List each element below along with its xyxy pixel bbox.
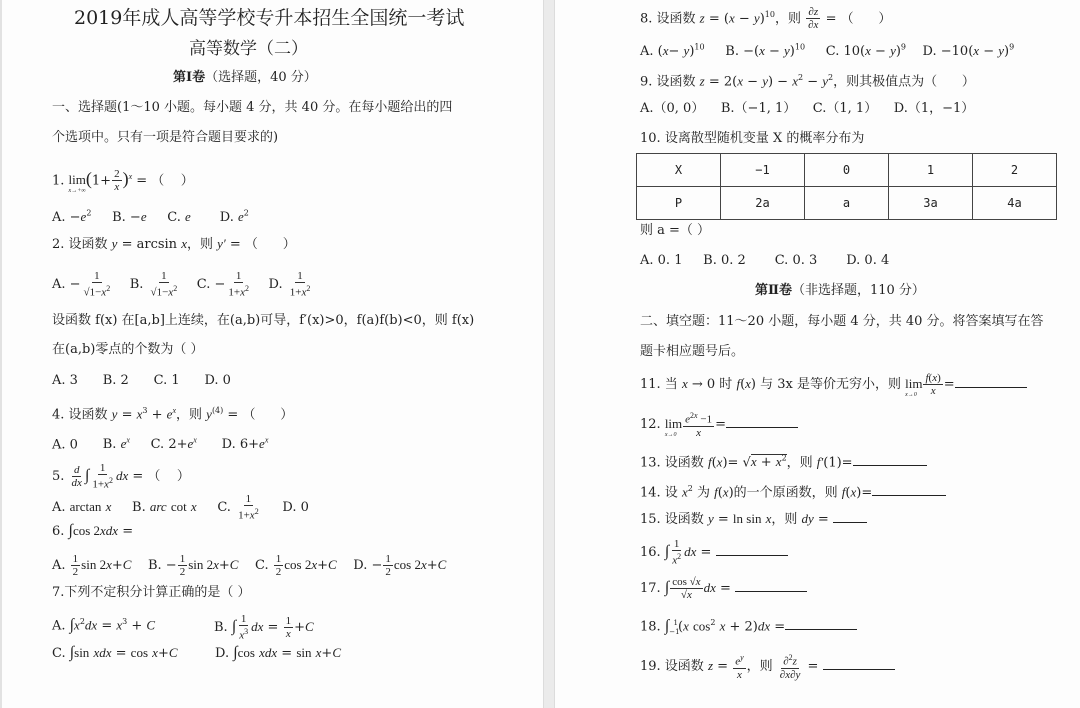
table-cell: X bbox=[637, 154, 721, 187]
question-2-options: A. −1√1−x2 B. 1√1−x2 C. −11+x2 D. 11+x2 bbox=[52, 270, 313, 299]
q7-option-b[interactable]: B. ∫1x3dx = 1x+C bbox=[214, 613, 314, 642]
q6-option-b[interactable]: B. −12sin 2x+C bbox=[148, 558, 239, 573]
q10-option-d[interactable]: D. 0. 4 bbox=[846, 253, 889, 268]
q4-option-a[interactable]: A. 0 bbox=[52, 437, 78, 452]
question-12: 12. limx→0e2x −1x= bbox=[640, 410, 798, 439]
table-cell: a bbox=[805, 187, 889, 220]
answer-blank-16[interactable] bbox=[716, 543, 788, 556]
q5-option-d[interactable]: D. 0 bbox=[282, 500, 309, 515]
question-5-options: A. arctan x B. arc cot x C. 11+x2 D. 0 bbox=[52, 493, 309, 522]
q7-option-d[interactable]: D. ∫cos xdx = sin x+C bbox=[215, 644, 341, 663]
question-10-after: 则 a =（ ） bbox=[640, 222, 710, 240]
q9-option-b[interactable]: B.（−1, 1） bbox=[721, 101, 796, 116]
part1-instructions-1: 一、选择题(1～10 小题。每小题 4 分，共 40 分。在每小题给出的四 bbox=[52, 99, 452, 117]
part1-heading-bold: 第Ⅰ卷 bbox=[173, 70, 205, 85]
part1-instructions-2: 个选项中。只有一项是符合题目要求的) bbox=[52, 129, 278, 147]
q8-option-b[interactable]: B. −(x − y)10 bbox=[725, 44, 805, 59]
table-cell: 2a bbox=[721, 187, 805, 220]
question-1: 1. limx→+∞(1+2x)x = （ ） bbox=[52, 168, 194, 193]
q9-option-a[interactable]: A.（0, 0） bbox=[640, 101, 704, 116]
question-10-options: A. 0. 1 B. 0. 2 C. 0. 3 D. 0. 4 bbox=[640, 252, 889, 270]
q8-option-a[interactable]: A. (x− y)10 bbox=[640, 44, 705, 59]
q7-option-c[interactable]: C. ∫sin xdx = cos x+C bbox=[52, 644, 178, 663]
q5-option-a[interactable]: A. arctan x bbox=[52, 500, 111, 515]
question-11: 11. 当 x → 0 时 f(x) 与 3x 是等价无穷小，则 limx→0f… bbox=[640, 372, 1027, 397]
question-5: 5. ddx∫11+x2dx = （ ） bbox=[52, 462, 190, 491]
answer-blank-18[interactable] bbox=[785, 617, 857, 630]
q9-option-c[interactable]: C.（1, 1） bbox=[813, 101, 877, 116]
q1-option-c[interactable]: C. e bbox=[167, 210, 191, 225]
question-9-options: A.（0, 0） B.（−1, 1） C.（1, 1） D.（1，−1） bbox=[640, 100, 974, 118]
page-left: 2019年成人高等学校专升本招生全国统一考试 高等数学（二） 第Ⅰ卷（选择题，4… bbox=[2, 0, 543, 708]
q2-option-c[interactable]: C. −11+x2 bbox=[197, 277, 252, 292]
q1-option-a[interactable]: A. −e2 bbox=[52, 210, 91, 225]
question-17: 17. ∫cos √x√xdx = bbox=[640, 576, 807, 601]
question-15: 15. 设函数 y = ln sin x，则 dy = bbox=[640, 510, 867, 529]
question-4-options: A. 0 B. ex C. 2+ex D. 6+ex bbox=[52, 432, 268, 454]
q10-option-a[interactable]: A. 0. 1 bbox=[640, 253, 682, 268]
q6-option-d[interactable]: D. −12cos 2x+C bbox=[353, 558, 446, 573]
question-3-options: A. 3 B. 2 C. 1 D. 0 bbox=[52, 372, 231, 390]
table-cell: 3a bbox=[889, 187, 973, 220]
q3-option-a[interactable]: A. 3 bbox=[52, 373, 78, 388]
question-3-line2: 在(a,b)零点的个数为（ ） bbox=[52, 341, 203, 359]
q4-option-d[interactable]: D. 6+ex bbox=[222, 437, 269, 452]
q6-option-a[interactable]: A. 12sin 2x+C bbox=[52, 558, 131, 573]
part2-instructions-2: 题卡相应题号后。 bbox=[640, 343, 744, 361]
q3-option-b[interactable]: B. 2 bbox=[103, 373, 129, 388]
question-4: 4. 设函数 y = x3 + ex，则 y(4) = （ ） bbox=[52, 402, 293, 424]
q6-option-c[interactable]: C. 12cos 2x+C bbox=[255, 558, 337, 573]
table-row-x: X −1 0 1 2 bbox=[637, 154, 1057, 187]
question-6: 6. ∫cos 2xdx = bbox=[52, 522, 133, 541]
q8-option-c[interactable]: C. 10(x − y)9 bbox=[826, 44, 906, 59]
q3-option-c[interactable]: C. 1 bbox=[154, 373, 180, 388]
q10-option-b[interactable]: B. 0. 2 bbox=[703, 253, 746, 268]
table-cell: −1 bbox=[721, 154, 805, 187]
answer-blank-14[interactable] bbox=[872, 483, 946, 496]
part2-heading: 第Ⅱ卷（非选择题，110 分） bbox=[755, 282, 925, 300]
answer-blank-11[interactable] bbox=[955, 375, 1027, 388]
q5-option-b[interactable]: B. arc cot x bbox=[132, 500, 197, 515]
table-row-p: P 2a a 3a 4a bbox=[637, 187, 1057, 220]
part2-instructions-1: 二、填空题：11～20 小题，每小题 4 分，共 40 分。将答案填写在答 bbox=[640, 313, 1044, 331]
question-10: 10. 设离散型随机变量 X 的概率分布为 bbox=[640, 130, 864, 148]
answer-blank-12[interactable] bbox=[726, 415, 798, 428]
probability-table: X −1 0 1 2 P 2a a 3a 4a bbox=[636, 153, 1057, 220]
q2-option-a[interactable]: A. −1√1−x2 bbox=[52, 277, 113, 292]
question-19: 19. 设函数 z = eyx，则 ∂2z∂x∂y = bbox=[640, 652, 895, 681]
question-9: 9. 设函数 z = 2(x − y) − x2 − y2，则其极值点为（ ） bbox=[640, 69, 975, 91]
exam-title: 2019年成人高等学校专升本招生全国统一考试 bbox=[74, 6, 464, 30]
question-1-options: A. −e2 B. −e C. e D. e2 bbox=[52, 205, 249, 227]
q10-option-c[interactable]: C. 0. 3 bbox=[775, 253, 818, 268]
question-13: 13. 设函数 f(x)= √x + x2，则 f′(1)= bbox=[640, 450, 927, 472]
part1-heading-rest: （选择题，40 分） bbox=[205, 70, 317, 85]
part1-heading: 第Ⅰ卷（选择题，40 分） bbox=[173, 69, 317, 87]
question-2: 2. 设函数 y = arcsin x，则 y′ = （ ） bbox=[52, 235, 296, 254]
q8-option-d[interactable]: D. −10(x − y)9 bbox=[923, 44, 1015, 59]
q2-option-d[interactable]: D. 11+x2 bbox=[269, 277, 314, 292]
page-gutter bbox=[543, 0, 555, 708]
question-6-options: A. 12sin 2x+C B. −12sin 2x+C C. 12cos 2x… bbox=[52, 553, 446, 578]
table-cell: 0 bbox=[805, 154, 889, 187]
question-14: 14. 设 x2 为 f(x)的一个原函数，则 f(x)= bbox=[640, 480, 946, 502]
q5-option-c[interactable]: C. 11+x2 bbox=[217, 500, 261, 515]
answer-blank-17[interactable] bbox=[735, 579, 807, 592]
part2-heading-bold: 第Ⅱ卷 bbox=[755, 283, 792, 298]
question-3-line1: 设函数 f(x) 在[a,b]上连续，在(a,b)可导，f′(x)>0，f(a)… bbox=[52, 312, 474, 330]
answer-blank-13[interactable] bbox=[853, 453, 927, 466]
table-cell: P bbox=[637, 187, 721, 220]
q7-option-a[interactable]: A. ∫x2dx = x3 + C bbox=[52, 613, 155, 635]
q2-option-b[interactable]: B. 1√1−x2 bbox=[130, 277, 180, 292]
answer-blank-15[interactable] bbox=[833, 510, 867, 523]
q1-option-b[interactable]: B. −e bbox=[112, 210, 147, 225]
q9-option-d[interactable]: D.（1，−1） bbox=[894, 101, 975, 116]
q4-option-b[interactable]: B. ex bbox=[103, 437, 130, 452]
q3-option-d[interactable]: D. 0 bbox=[204, 373, 231, 388]
question-16: 16. ∫1x2dx = bbox=[640, 538, 788, 567]
q4-option-c[interactable]: C. 2+ex bbox=[151, 437, 197, 452]
question-7: 7.下列不定积分计算正确的是（ ） bbox=[52, 584, 251, 602]
page-right: 8. 设函数 z = (x − y)10，则 ∂z∂x = （ ） A. (x−… bbox=[555, 0, 1080, 708]
table-cell: 4a bbox=[973, 187, 1057, 220]
table-cell: 1 bbox=[889, 154, 973, 187]
question-8-options: A. (x− y)10 B. −(x − y)10 C. 10(x − y)9 … bbox=[640, 39, 1014, 61]
q1-option-d[interactable]: D. e2 bbox=[220, 210, 249, 225]
answer-blank-19[interactable] bbox=[823, 657, 895, 670]
exam-subtitle: 高等数学（二） bbox=[189, 38, 308, 60]
question-18: 18. ∫−11(x cos2 x + 2)dx = bbox=[640, 614, 857, 641]
question-8: 8. 设函数 z = (x − y)10，则 ∂z∂x = （ ） bbox=[640, 6, 891, 31]
part2-heading-rest: （非选择题，110 分） bbox=[792, 283, 925, 298]
table-cell: 2 bbox=[973, 154, 1057, 187]
